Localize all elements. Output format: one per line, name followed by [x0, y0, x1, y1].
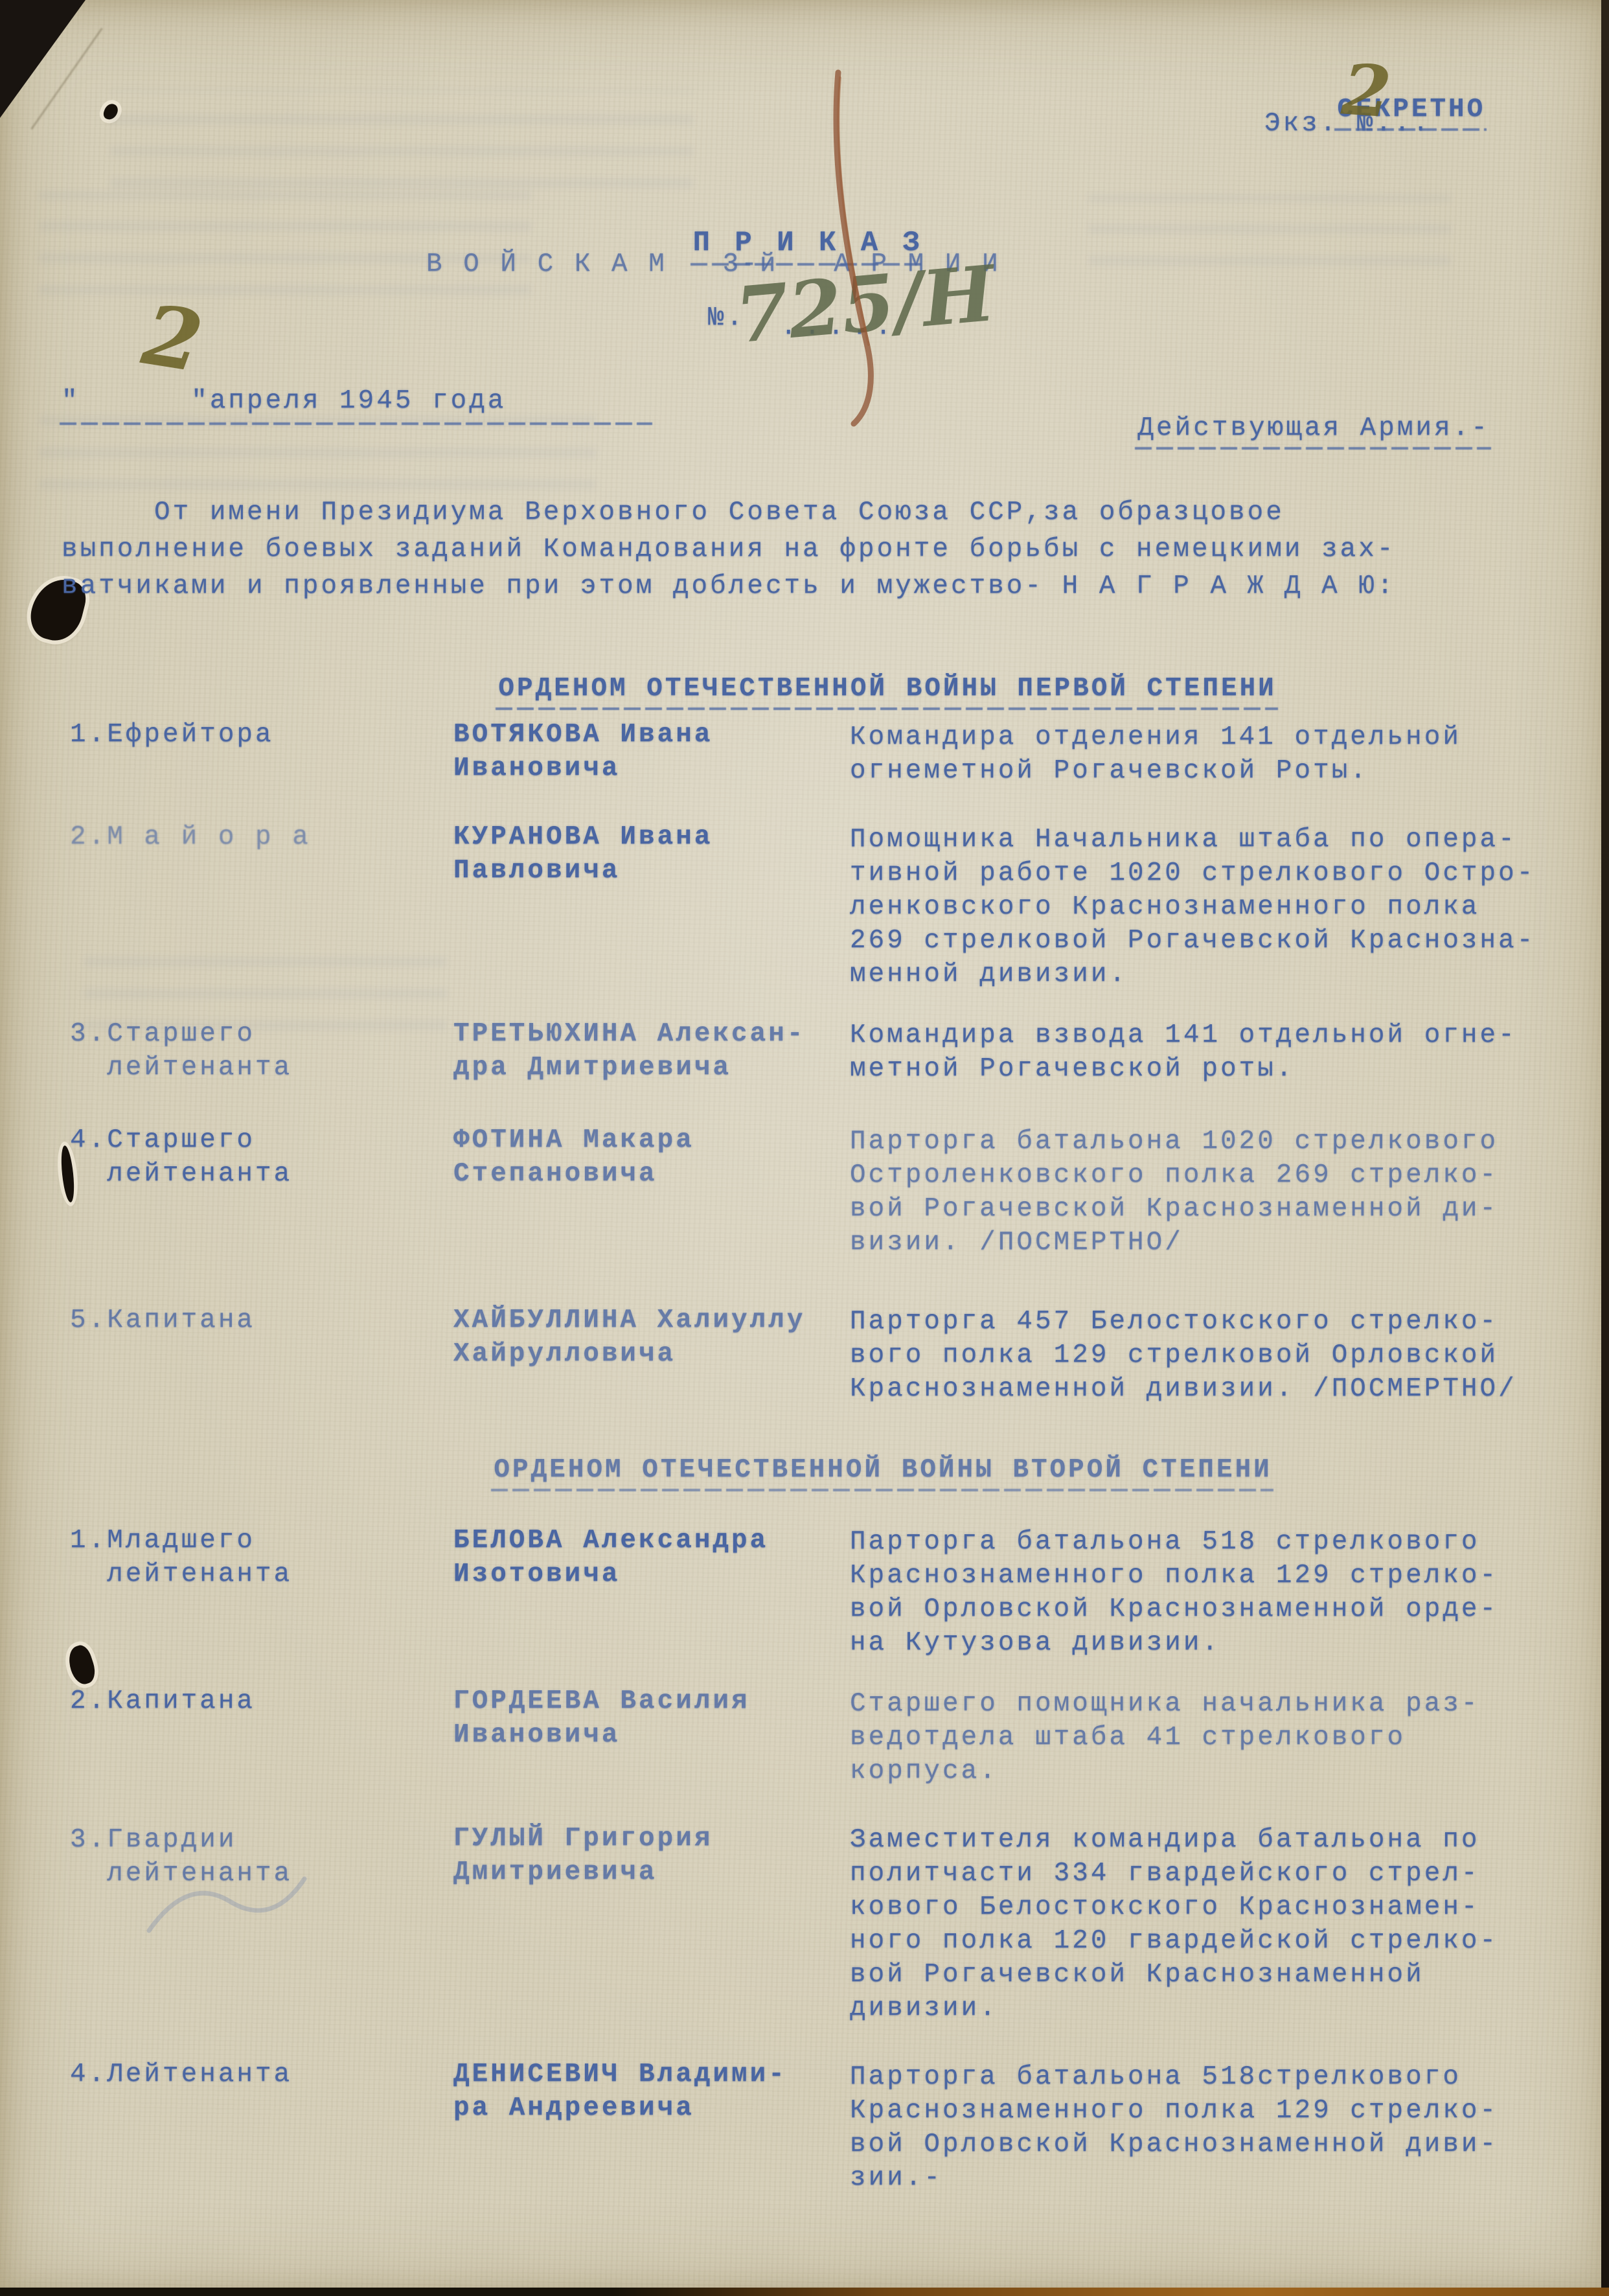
- rank-cell: 1.Младшего лейтенанта: [70, 1524, 292, 1591]
- army-field-note-text: Действующая Армия.-: [1137, 413, 1489, 443]
- ghost-bleedthrough: [39, 415, 596, 489]
- ghost-bleedthrough: [110, 91, 693, 188]
- rank-cell: 2.М а й о р а: [70, 820, 311, 854]
- scanbed-corner: [0, 0, 86, 118]
- rank-cell: 2.Капитана: [70, 1684, 255, 1718]
- preamble-text: От имени Президиума Верховного Совета Со…: [62, 494, 1396, 605]
- rank-cell: 3.Старшего лейтенанта: [70, 1017, 292, 1085]
- citation-cell: Парторга батальона 1020 стрелкового Остр…: [850, 1125, 1498, 1259]
- citation-cell: Помощника Начальника штаба по опера- тив…: [850, 823, 1535, 991]
- handwritten-day: 2: [137, 286, 209, 391]
- name-cell: ДЕНИСЕВИЧ Владими- ра Андреевича: [453, 2058, 787, 2125]
- name-cell: ХАЙБУЛЛИНА Халиуллу Хайрулловича: [453, 1303, 805, 1371]
- citation-cell: Старшего помощника начальника раз- ведот…: [850, 1687, 1480, 1788]
- handwritten-copy-number: 2: [1340, 49, 1394, 134]
- citation-cell: Заместителя командира батальона по полит…: [850, 1823, 1498, 2025]
- document-scan: СЕКРЕТНО Экз. №... 2 П Р И К А З В О Й С…: [0, 0, 1609, 2296]
- section-2-heading-text: ОРДЕНОМ ОТЕЧЕСТВЕННОЙ ВОЙНЫ ВТОРОЙ СТЕПЕ…: [494, 1455, 1272, 1485]
- name-cell: БЕЛОВА Александра Изотовича: [453, 1524, 768, 1591]
- name-cell: ТРЕТЬЮХИНА Алексан- дра Дмитриевича: [453, 1017, 805, 1085]
- citation-cell: Командира отделения 141 отдельной огнеме…: [850, 720, 1461, 788]
- date-underline: [60, 422, 652, 425]
- army-field-note: Действующая Армия.-: [1064, 384, 1490, 473]
- citation-cell: Командира взвода 141 отдельной огне- мет…: [850, 1018, 1517, 1086]
- rank-cell: 4.Лейтенанта: [70, 2058, 292, 2091]
- citation-cell: Парторга батальона 518 стрелкового Красн…: [850, 1525, 1498, 1660]
- section-1-heading-text: ОРДЕНОМ ОТЕЧЕСТВЕННОЙ ВОЙНЫ ПЕРВОЙ СТЕПЕ…: [498, 674, 1276, 704]
- rank-cell: 3.Гвардии лейтенанта: [70, 1823, 292, 1890]
- ghost-bleedthrough: [39, 191, 531, 295]
- citation-cell: Парторга 457 Белостокского стрелко- вого…: [850, 1305, 1517, 1406]
- section-2-heading: ОРДЕНОМ ОТЕЧЕСТВЕННОЙ ВОЙНЫ ВТОРОЙ СТЕПЕ…: [420, 1425, 1272, 1515]
- date-line: " "апреля 1945 года: [62, 386, 507, 416]
- name-cell: ФОТИНА Макара Степановича: [453, 1123, 694, 1191]
- scan-edge-right: [1601, 0, 1609, 2296]
- ghost-bleedthrough: [1088, 194, 1451, 266]
- name-cell: ГОРДЕЕВА Василия Ивановича: [453, 1684, 750, 1752]
- name-cell: КУРАНОВА Ивана Павловича: [453, 820, 713, 888]
- rank-cell: 5.Капитана: [70, 1303, 255, 1337]
- name-cell: ВОТЯКОВА Ивана Ивановича: [453, 718, 713, 785]
- name-cell: ГУЛЫЙ Григория Дмитриевича: [453, 1822, 713, 1889]
- paper-hole: [65, 1643, 99, 1687]
- scan-edge-bottom: [0, 2288, 1609, 2296]
- rank-cell: 4.Старшего лейтенанта: [70, 1123, 292, 1191]
- rank-cell: 1.Ефрейтора: [70, 718, 274, 752]
- citation-cell: Парторга батальона 518стрелкового Красно…: [850, 2060, 1498, 2195]
